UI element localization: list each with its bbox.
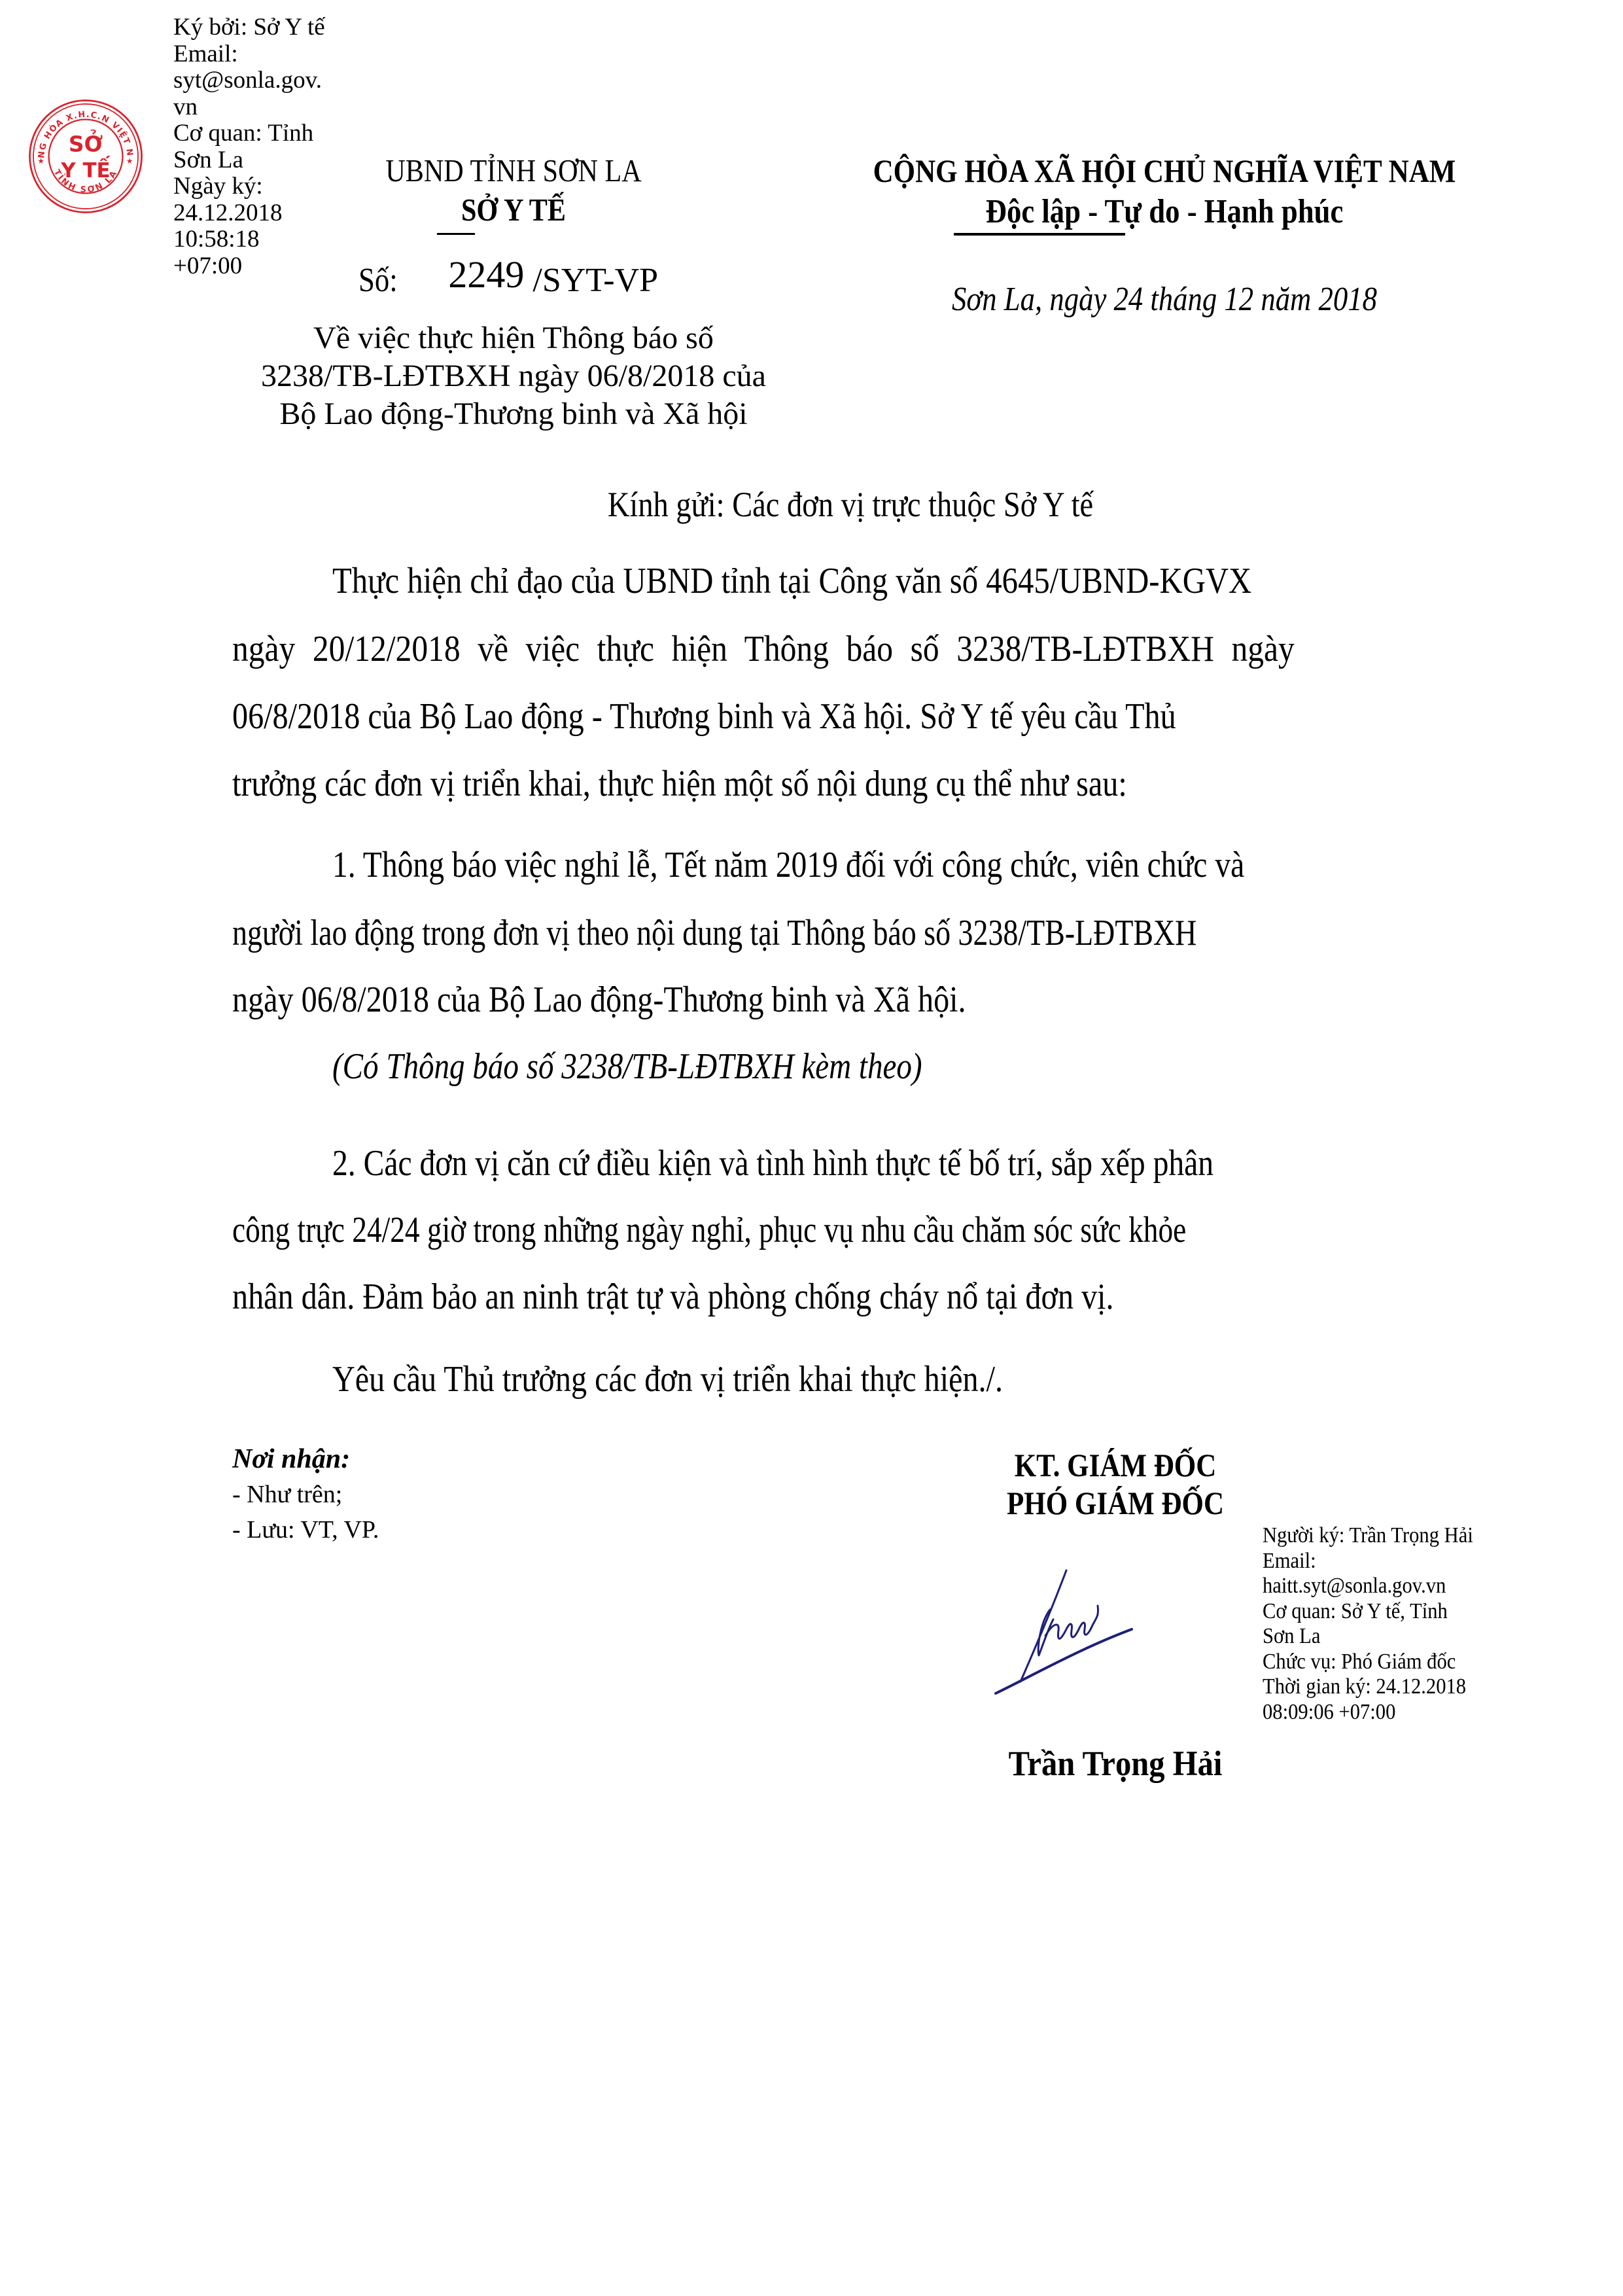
paragraph-1-line-1: Thực hiện chỉ đạo của UBND tỉnh tại Công…: [332, 560, 1475, 602]
signer-info-line: Sơn La: [1263, 1624, 1320, 1650]
org-sig-line: Ký bởi: Sở Y tế: [173, 14, 325, 41]
org-sig-line: Cơ quan: Tỉnh: [173, 120, 325, 147]
item-2-line-1: 2. Các đơn vị căn cứ điều kiện và tình h…: [332, 1142, 1369, 1184]
handwritten-signature-icon: [988, 1557, 1145, 1708]
item-2-line-2: công trực 24/24 giờ trong những ngày ngh…: [232, 1209, 1410, 1251]
closing-request: Yêu cầu Thủ trưởng các đơn vị triển khai…: [332, 1358, 1112, 1400]
signer-info-line: Chức vụ: Phó Giám đốc: [1263, 1650, 1456, 1675]
attachment-note: (Có Thông báo số 3238/TB-LĐTBXH kèm theo…: [332, 1046, 1034, 1087]
org-digital-signature-info: Ký bởi: Sở Y tế Email: syt@sonla.gov. vn…: [173, 14, 325, 279]
recipients-title: Nơi nhận:: [232, 1443, 350, 1475]
org-sig-line: Ngày ký:: [173, 173, 325, 200]
place-and-date: Sơn La, ngày 24 tháng 12 năm 2018: [917, 280, 1412, 319]
org-sig-line: 24.12.2018: [173, 200, 325, 227]
item-1-line-1: 1. Thông báo việc nghỉ lễ, Tết năm 2019 …: [332, 844, 1405, 886]
department-name: SỞ Y TẾ: [453, 191, 574, 228]
salutation: Kính gửi: Các đơn vị trực thuộc Sở Y tế: [568, 484, 1132, 525]
signer-info-line: 08:09:06 +07:00: [1263, 1700, 1395, 1725]
country-name: CỘNG HÒA XÃ HỘI CHỦ NGHĨA VIỆT NAM: [826, 152, 1503, 190]
signer-digital-signature-info: Người ký: Trần Trọng Hải Email: haitt.sy…: [1263, 1523, 1497, 1725]
item-1-line-2: người lao động trong đơn vị theo nội dun…: [232, 912, 1408, 954]
signer-info-line: Cơ quan: Sở Y tế, Tỉnh: [1263, 1599, 1448, 1625]
svg-text:Y TẾ: Y TẾ: [60, 156, 111, 183]
national-motto: Độc lập - Tự do - Hạnh phúc: [956, 192, 1372, 231]
paragraph-1-line-4: trưởng các đơn vị triển khai, thực hiện …: [232, 763, 1272, 805]
motto-underline: [954, 233, 1125, 236]
subject: Về việc thực hiện Thông báo số 3238/TB-L…: [261, 319, 766, 433]
org-sig-line: Email:: [173, 41, 325, 68]
department-underline: [437, 233, 475, 235]
svg-text:★: ★: [37, 156, 44, 166]
number-value: 2249: [448, 253, 524, 296]
signer-title-1: KT. GIÁM ĐỐC: [998, 1446, 1233, 1484]
svg-text:SỞ: SỞ: [69, 130, 103, 157]
org-sig-line: 10:58:18: [173, 226, 325, 253]
org-sig-line: syt@sonla.gov.: [173, 67, 325, 94]
signer-info-line: Thời gian ký: 24.12.2018: [1263, 1674, 1466, 1700]
issuing-authority: UBND TỈNH SƠN LA: [364, 152, 662, 189]
org-sig-line: Sơn La: [173, 147, 325, 174]
paragraph-1-line-3: 06/8/2018 của Bộ Lao động - Thương binh …: [232, 696, 1330, 737]
signer-info-line: Người ký: Trần Trọng Hải: [1263, 1523, 1473, 1549]
number-suffix: /SYT-VP: [532, 262, 658, 299]
item-1-line-3: ngày 06/8/2018 của Bộ Lao động-Thương bi…: [232, 979, 1085, 1021]
org-sig-line: +07:00: [173, 253, 325, 280]
official-stamp-icon: CỘNG HÒA X.H.C.N VIỆT NAM TỈNH SƠN LA SỞ…: [26, 97, 145, 216]
org-sig-line: vn: [173, 94, 325, 121]
subject-line: 3238/TB-LĐTBXH ngày 06/8/2018 của: [261, 357, 766, 395]
paragraph-1-line-2: ngày 20/12/2018 về việc thực hiện Thông …: [232, 628, 1433, 670]
signer-info-line: Email:: [1263, 1549, 1316, 1574]
subject-line: Bộ Lao động-Thương binh và Xã hội: [261, 395, 766, 433]
signer-title-2: PHÓ GIÁM ĐỐC: [989, 1484, 1242, 1522]
recipient-item: - Lưu: VT, VP.: [232, 1515, 379, 1544]
item-2-line-3: nhân dân. Đảm bảo an ninh trật tự và phò…: [232, 1276, 1257, 1318]
number-label: Số:: [358, 261, 398, 300]
svg-text:★: ★: [126, 156, 133, 166]
signer-info-line: haitt.syt@sonla.gov.vn: [1263, 1574, 1446, 1599]
recipient-item: - Như trên;: [232, 1480, 342, 1509]
subject-line: Về việc thực hiện Thông báo số: [261, 319, 766, 357]
signer-name: Trần Trọng Hải: [996, 1743, 1234, 1784]
document-number: Số: 2249 /SYT-VP: [358, 256, 658, 300]
